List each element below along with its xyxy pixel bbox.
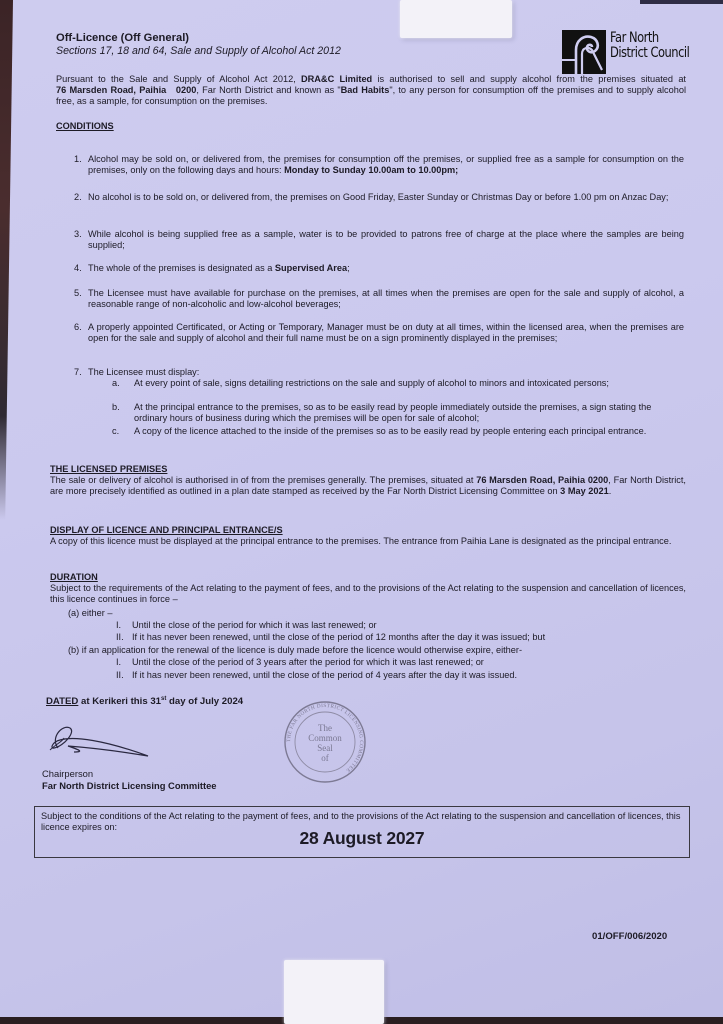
condition-text: A properly appointed Certificated, or Ac… bbox=[88, 322, 684, 344]
expiry-date: 28 August 2027 bbox=[35, 833, 689, 844]
condition-text: The Licensee must have available for pur… bbox=[88, 288, 684, 310]
dated-line: DATED at Kerikeri this 31st day of July … bbox=[46, 694, 243, 707]
adhesive-tape-top bbox=[400, 0, 512, 38]
duration-heading: DURATION bbox=[50, 572, 686, 583]
committee-name: Far North District Licensing Committee bbox=[42, 780, 217, 791]
svg-text:of: of bbox=[321, 753, 329, 763]
item-letter: c. bbox=[112, 426, 119, 437]
condition-text: While alcohol is being supplied free as … bbox=[88, 229, 684, 251]
premises-text: . bbox=[609, 486, 612, 496]
duration-item-text: If it has never been renewed, until the … bbox=[132, 670, 517, 681]
background-surface-top bbox=[640, 0, 723, 4]
condition-text: No alcohol is to be sold on, or delivere… bbox=[88, 192, 684, 203]
display-requirement-item: c.A copy of the licence attached to the … bbox=[112, 426, 686, 437]
roman-numeral: II. bbox=[116, 670, 124, 681]
signatory-role: Chairperson bbox=[42, 768, 93, 779]
roman-numeral: I. bbox=[116, 657, 121, 668]
intro-text: , Far North District and known as " bbox=[196, 85, 340, 95]
intro-paragraph: Pursuant to the Sale and Supply of Alcoh… bbox=[56, 74, 686, 107]
premises-address: 76 Marsden Road, Paihia 0200 bbox=[56, 85, 196, 95]
duration-item-text: If it has never been renewed, until the … bbox=[132, 632, 545, 643]
condition-text: The whole of the premises is designated … bbox=[88, 263, 684, 274]
licence-title: Off-Licence (Off General) bbox=[56, 33, 189, 44]
roman-numeral: I. bbox=[116, 620, 121, 631]
svg-text:Seal: Seal bbox=[317, 743, 333, 753]
premises-address: 76 Marsden Road, Paihia 0200 bbox=[476, 475, 608, 485]
item-text: At the principal entrance to the premise… bbox=[134, 402, 686, 424]
condition-number: 3. bbox=[74, 229, 82, 240]
licensed-premises-section: THE LICENSED PREMISES The sale or delive… bbox=[50, 464, 686, 497]
display-licence-section: DISPLAY OF LICENCE AND PRINCIPAL ENTRANC… bbox=[50, 525, 686, 547]
display-licence-text: A copy of this licence must be displayed… bbox=[50, 536, 686, 547]
intro-text: Pursuant to the Sale and Supply of Alcoh… bbox=[56, 74, 301, 84]
svg-text:The: The bbox=[318, 723, 332, 733]
condition-text: The Licensee must display: bbox=[88, 367, 684, 378]
item-text: A copy of the licence attached to the in… bbox=[134, 426, 686, 437]
condition-number: 4. bbox=[74, 263, 82, 274]
duration-item-text: Until the close of the period for which … bbox=[132, 620, 377, 631]
duration-section: DURATION Subject to the requirements of … bbox=[50, 572, 686, 605]
plan-date: 3 May 2021 bbox=[560, 486, 609, 496]
trading-name: Bad Habits bbox=[341, 85, 390, 95]
logo-line-1: Far North bbox=[610, 31, 689, 46]
condition-number: 1. bbox=[74, 154, 82, 165]
svg-text:Common: Common bbox=[308, 733, 342, 743]
koru-logo-icon bbox=[562, 30, 606, 74]
council-logo-text: Far North District Council bbox=[610, 31, 689, 61]
licence-reference-number: 01/OFF/006/2020 bbox=[592, 931, 667, 942]
condition-number: 6. bbox=[74, 322, 82, 333]
item-text: At every point of sale, signs detailing … bbox=[134, 378, 686, 389]
dated-text: at Kerikeri this 31 bbox=[78, 696, 161, 707]
condition-item: 5.The Licensee must have available for p… bbox=[74, 288, 684, 310]
common-seal-stamp: THE FAR NORTH DISTRICT LICENSING COMMITT… bbox=[282, 699, 368, 785]
condition-text: Alcohol may be sold on, or delivered fro… bbox=[88, 154, 684, 176]
condition-item: 1.Alcohol may be sold on, or delivered f… bbox=[74, 154, 684, 176]
licensed-premises-heading: THE LICENSED PREMISES bbox=[50, 464, 686, 475]
licensed-premises-text: The sale or delivery of alcohol is autho… bbox=[50, 475, 686, 497]
premises-text: The sale or delivery of alcohol is autho… bbox=[50, 475, 476, 485]
display-licence-heading: DISPLAY OF LICENCE AND PRINCIPAL ENTRANC… bbox=[50, 525, 686, 536]
condition-item: 3.While alcohol is being supplied free a… bbox=[74, 229, 684, 251]
condition-number: 2. bbox=[74, 192, 82, 203]
condition-item: 4.The whole of the premises is designate… bbox=[74, 263, 684, 274]
duration-option-b: (b) if an application for the renewal of… bbox=[68, 645, 522, 656]
item-letter: b. bbox=[112, 402, 120, 413]
intro-text: is authorised to sell and supply alcohol… bbox=[372, 74, 686, 84]
condition-number: 7. bbox=[74, 367, 82, 378]
dated-label: DATED bbox=[46, 696, 78, 707]
expiry-box: Subject to the conditions of the Act rel… bbox=[34, 806, 690, 858]
duration-option-a: (a) either – bbox=[68, 608, 112, 619]
logo-line-2: District Council bbox=[610, 46, 689, 61]
duration-intro: Subject to the requirements of the Act r… bbox=[50, 583, 686, 605]
condition-item: 7.The Licensee must display: bbox=[74, 367, 684, 378]
condition-number: 5. bbox=[74, 288, 82, 299]
item-letter: a. bbox=[112, 378, 120, 389]
duration-item-text: Until the close of the period of 3 years… bbox=[132, 657, 484, 668]
dated-text: day of July 2024 bbox=[166, 696, 243, 707]
display-requirement-item: a.At every point of sale, signs detailin… bbox=[112, 378, 686, 389]
licence-paper bbox=[0, 0, 723, 1017]
licensee-name: DRA&C Limited bbox=[301, 74, 372, 84]
display-requirement-item: b.At the principal entrance to the premi… bbox=[112, 402, 686, 424]
conditions-heading: CONDITIONS bbox=[56, 121, 114, 132]
chairperson-signature bbox=[44, 718, 164, 762]
adhesive-tape-bottom bbox=[284, 960, 384, 1024]
condition-item: 6.A properly appointed Certificated, or … bbox=[74, 322, 684, 344]
licence-subtitle: Sections 17, 18 and 64, Sale and Supply … bbox=[56, 46, 341, 57]
condition-item: 2.No alcohol is to be sold on, or delive… bbox=[74, 192, 684, 203]
roman-numeral: II. bbox=[116, 632, 124, 643]
